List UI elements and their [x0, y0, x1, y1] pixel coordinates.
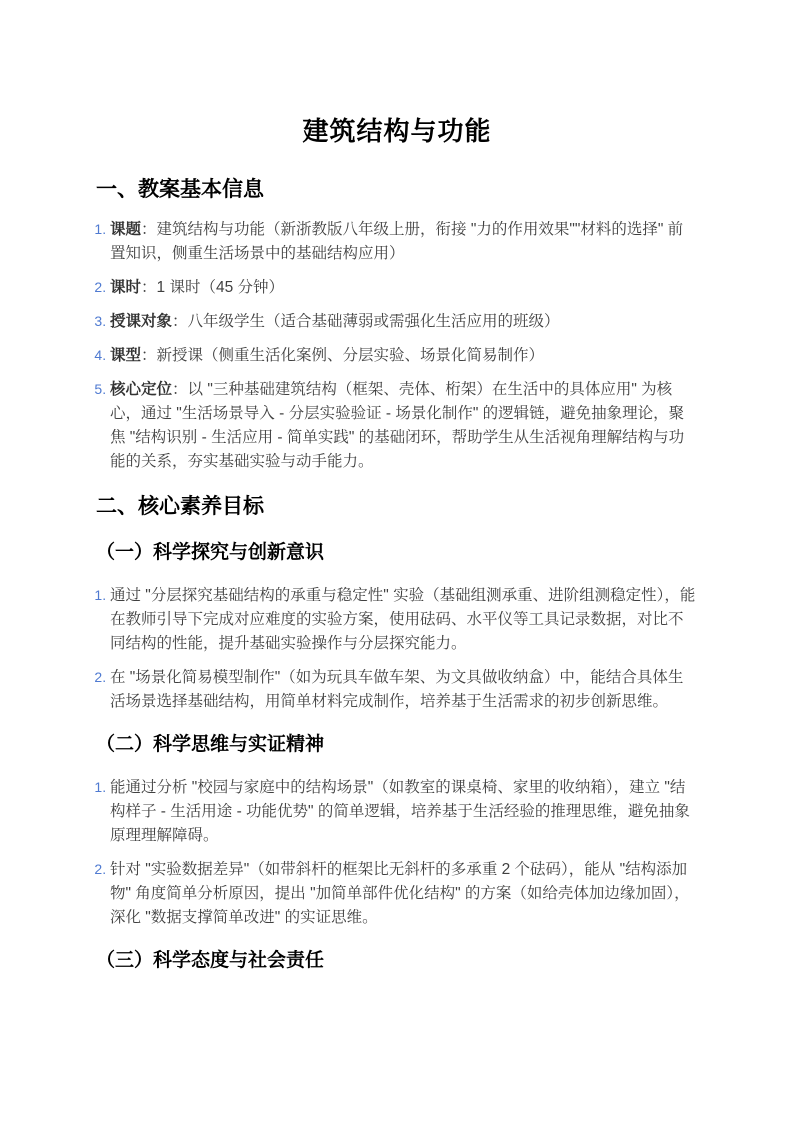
- section-heading-core-literacy: 二、核心素养目标: [96, 492, 698, 522]
- item-text: 能通过分析 "校园与家庭中的结构场景"（如教室的课桌椅、家里的收纳箱），建立 "…: [110, 779, 690, 844]
- list-item: 针对 "实验数据差异"（如带斜杆的框架比无斜杆的多承重 2 个砝码），能从 "结…: [110, 857, 698, 930]
- list-item: 能通过分析 "校园与家庭中的结构场景"（如教室的课桌椅、家里的收纳箱），建立 "…: [110, 775, 698, 848]
- list-item: 授课对象：八年级学生（适合基础薄弱或需强化生活应用的班级）: [110, 309, 698, 334]
- item-label: 课时: [110, 279, 141, 296]
- item-text: 在 "场景化简易模型制作"（如为玩具车做车架、为文具做收纳盒）中，能结合具体生活…: [110, 669, 683, 710]
- subsection-heading-thinking-evidence: （二）科学思维与实证精神: [96, 731, 698, 759]
- basic-info-list: 课题：建筑结构与功能（新浙教版八年级上册，衔接 "力的作用效果""材料的选择" …: [96, 217, 698, 474]
- list-item: 课题：建筑结构与功能（新浙教版八年级上册，衔接 "力的作用效果""材料的选择" …: [110, 217, 698, 266]
- section-heading-basic-info: 一、教案基本信息: [96, 175, 698, 205]
- document-page: 建筑结构与功能 一、教案基本信息 课题：建筑结构与功能（新浙教版八年级上册，衔接…: [0, 0, 794, 1123]
- item-text: ：新授课（侧重生活化案例、分层实验、场景化简易制作）: [141, 347, 544, 364]
- item-text: ：以 "三种基础建筑结构（框架、壳体、桁架）在生活中的具体应用" 为核心，通过 …: [110, 381, 684, 470]
- exploration-innovation-list: 通过 "分层探究基础结构的承重与稳定性" 实验（基础组测承重、进阶组测稳定性），…: [96, 583, 698, 714]
- item-text: 通过 "分层探究基础结构的承重与稳定性" 实验（基础组测承重、进阶组测稳定性），…: [110, 587, 695, 652]
- subsection-heading-attitude-responsibility: （三）科学态度与社会责任: [96, 947, 698, 975]
- list-item: 通过 "分层探究基础结构的承重与稳定性" 实验（基础组测承重、进阶组测稳定性），…: [110, 583, 698, 656]
- document-title: 建筑结构与功能: [96, 114, 698, 148]
- item-text: ：建筑结构与功能（新浙教版八年级上册，衔接 "力的作用效果""材料的选择" 前置…: [110, 221, 683, 262]
- list-item: 核心定位：以 "三种基础建筑结构（框架、壳体、桁架）在生活中的具体应用" 为核心…: [110, 377, 698, 474]
- thinking-evidence-list: 能通过分析 "校园与家庭中的结构场景"（如教室的课桌椅、家里的收纳箱），建立 "…: [96, 775, 698, 930]
- item-text: ：八年级学生（适合基础薄弱或需强化生活应用的班级）: [172, 313, 560, 330]
- item-label: 核心定位: [110, 381, 172, 398]
- subsection-heading-exploration-innovation: （一）科学探究与创新意识: [96, 539, 698, 567]
- item-text: ：1 课时（45 分钟）: [141, 279, 284, 296]
- item-label: 课型: [110, 347, 141, 364]
- list-item: 课型：新授课（侧重生活化案例、分层实验、场景化简易制作）: [110, 343, 698, 368]
- list-item: 在 "场景化简易模型制作"（如为玩具车做车架、为文具做收纳盒）中，能结合具体生活…: [110, 665, 698, 714]
- item-label: 课题: [110, 221, 141, 238]
- item-label: 授课对象: [110, 313, 172, 330]
- item-text: 针对 "实验数据差异"（如带斜杆的框架比无斜杆的多承重 2 个砝码），能从 "结…: [110, 861, 690, 926]
- list-item: 课时：1 课时（45 分钟）: [110, 275, 698, 300]
